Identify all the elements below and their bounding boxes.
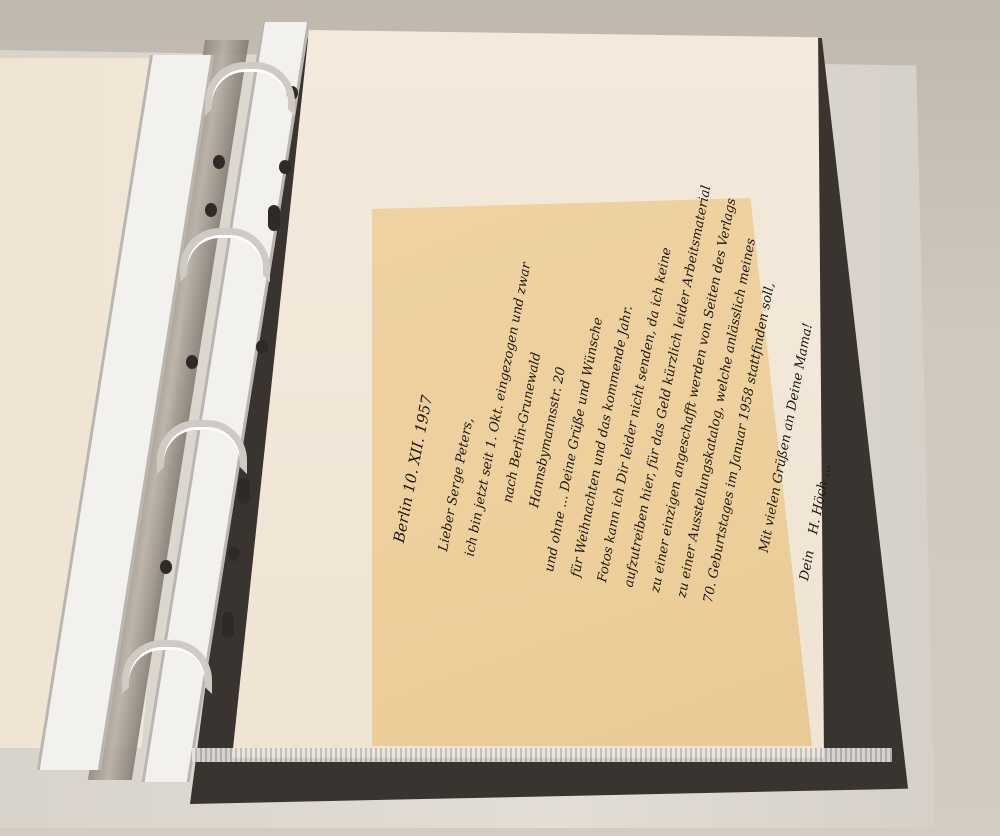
punch-hole — [228, 547, 240, 561]
letter-signoff-word: Dein — [797, 549, 818, 582]
punch-hole — [279, 160, 291, 174]
punch-hole — [238, 478, 250, 504]
punch-hole — [186, 355, 198, 369]
punch-hole — [268, 205, 280, 231]
punch-hole — [213, 155, 225, 169]
punch-hole — [205, 203, 217, 217]
punch-hole — [222, 612, 234, 638]
sleeve-bottom-edge — [192, 748, 892, 762]
punch-hole — [160, 560, 172, 574]
punch-hole — [256, 340, 268, 354]
